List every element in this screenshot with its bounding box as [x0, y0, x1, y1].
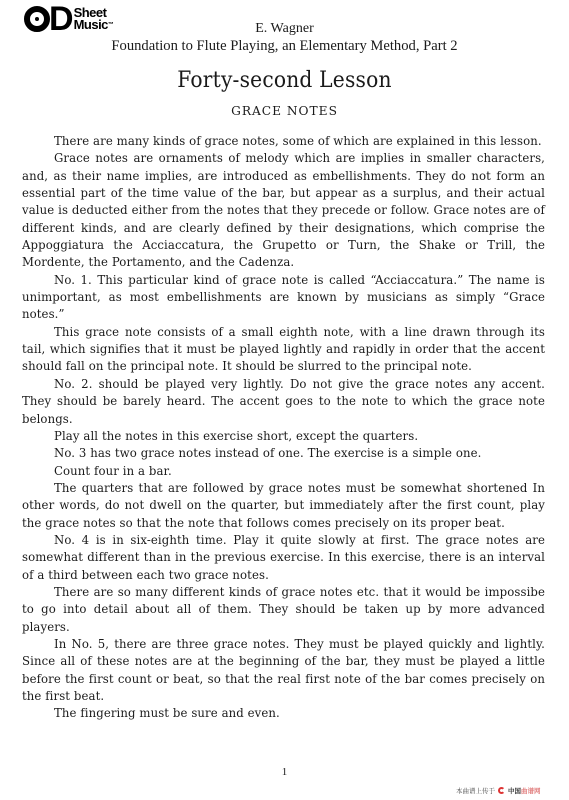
paragraph: No. 3 has two grace notes instead of one…	[22, 445, 545, 462]
paragraph: No. 4 is in six-eighth time. Play it qui…	[22, 532, 545, 584]
site-logo-icon	[498, 787, 505, 794]
watermark-site-name: 中国曲谱网	[508, 786, 541, 795]
paragraph: No. 1. This particular kind of grace not…	[22, 272, 545, 324]
author-name: E. Wagner	[0, 21, 569, 37]
lesson-title: Forty-second Lesson	[23, 68, 546, 93]
lesson-subtitle: GRACE NOTES	[0, 104, 569, 118]
paragraph: Grace notes are ornaments of melody whic…	[22, 150, 545, 271]
paragraph: This grace note consists of a small eigh…	[22, 324, 545, 376]
watermark-prefix: 本曲谱上传于	[456, 786, 495, 795]
paragraph: Count four in a bar.	[22, 463, 545, 480]
site-watermark: 本曲谱上传于 中国曲谱网	[456, 784, 541, 796]
lesson-body: There are many kinds of grace notes, som…	[22, 133, 545, 723]
watermark-site-part-a: 中国	[508, 787, 521, 795]
paragraph: Play all the notes in this exercise shor…	[22, 428, 545, 445]
paragraph: There are many kinds of grace notes, som…	[22, 133, 545, 150]
watermark-site-part-b: 曲谱网	[521, 787, 541, 795]
paragraph: In No. 5, there are three grace notes. T…	[22, 636, 545, 705]
paragraph: The quarters that are followed by grace …	[22, 480, 545, 532]
page-number: 1	[0, 766, 569, 778]
paragraph: There are so many different kinds of gra…	[22, 584, 545, 636]
paragraph: No. 2. should be played very lightly. Do…	[22, 376, 545, 428]
paragraph: The fingering must be sure and even.	[22, 705, 545, 722]
book-title: Foundation to Flute Playing, an Elementa…	[0, 38, 569, 55]
